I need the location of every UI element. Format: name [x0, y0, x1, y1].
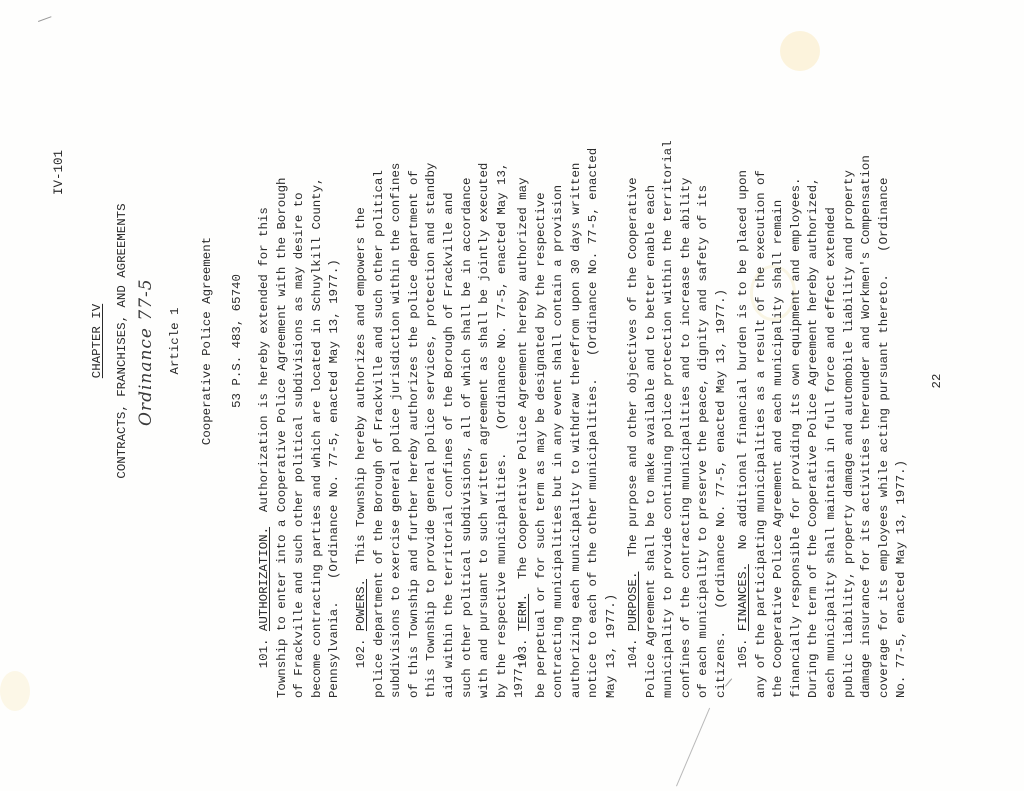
section-line: No additional financial burden is to be …: [736, 170, 750, 549]
scan-mark: [38, 16, 51, 22]
section-first-line: 104. PURPOSE. The purpose and other obje…: [625, 98, 643, 698]
section-line: this Township to provide general police …: [423, 98, 441, 698]
article-heading: Article 1: [168, 81, 182, 601]
section-line: May 13, 1977.): [603, 98, 621, 698]
scanned-document-viewport: IV-101 CHAPTER IV CONTRACTS, FRANCHISES,…: [0, 0, 1024, 791]
section-line: by the respective municipalities. (Ordin…: [494, 98, 512, 698]
section-line: such other political subdivisions, all o…: [459, 98, 477, 698]
chapter-heading: CHAPTER IV: [90, 81, 104, 601]
section-line: The Cooperative Police Agreement hereby …: [516, 177, 530, 579]
page-number: 22: [930, 0, 944, 791]
section-line: subdivisions to exercise general police …: [388, 98, 406, 698]
section-line: of Frackville and such other political s…: [291, 98, 309, 698]
section-line: Police Agreement shall be to make availa…: [643, 98, 661, 698]
section-heading: TERM.: [516, 594, 530, 631]
section-line: become contracting parties and which are…: [309, 98, 327, 698]
section-line: During the term of the Cooperative Polic…: [805, 98, 823, 698]
section-heading: PURPOSE.: [626, 572, 640, 632]
statute-reference: 53 P.S. 483, 65740: [230, 81, 244, 601]
section-line: Township to enter into a Cooperative Pol…: [274, 98, 292, 698]
section-105: 105. FINANCES. No additional financial b…: [735, 98, 911, 698]
section-line: public liability, property damage and au…: [841, 98, 859, 698]
section-line: any of the participating municipalities …: [753, 98, 771, 698]
section-line: the Cooperative Police Agreement and eac…: [770, 98, 788, 698]
section-line: No. 77-5, enacted May 13, 1977.): [893, 98, 911, 698]
section-number: 105.: [736, 639, 750, 669]
section-heading: AUTHORIZATION.: [257, 527, 271, 631]
article-subtitle: Cooperative Police Agreement: [200, 81, 214, 601]
section-line: authorizing each municipality to withdra…: [568, 98, 586, 698]
section-line: financially responsible for providing it…: [788, 98, 806, 698]
section-line: aid within the territorial confines of t…: [441, 98, 459, 698]
section-line: This Township hereby authorizes and empo…: [354, 207, 368, 564]
section-line: contracting municipalities but in any ev…: [550, 98, 568, 698]
section-line: be perpetual or for such term as may be …: [533, 98, 551, 698]
section-number: 104.: [626, 639, 640, 669]
section-line: Authorization is hereby extended for thi…: [257, 207, 271, 512]
handwritten-annotation: Ordinance 77-5: [136, 278, 156, 426]
section-line: of each municipality to preserve the pea…: [695, 98, 713, 698]
section-first-line: 103. TERM. The Cooperative Police Agreem…: [515, 98, 533, 698]
section-first-line: 102. POWERS. This Township hereby author…: [353, 98, 371, 698]
section-101: 101. AUTHORIZATION. Authorization is her…: [256, 98, 344, 698]
paper-stain: [780, 31, 820, 71]
chapter-title: CONTRACTS, FRANCHISES, AND AGREEMENTS: [115, 81, 129, 601]
section-heading: POWERS.: [354, 579, 368, 631]
document-page: IV-101 CHAPTER IV CONTRACTS, FRANCHISES,…: [0, 0, 1024, 791]
page-identifier: IV-101: [52, 150, 66, 195]
section-102: 102. POWERS. This Township hereby author…: [353, 98, 529, 698]
section-line: damage insurance for its activities ther…: [858, 98, 876, 698]
section-line: with and pursuant to such written agreem…: [476, 98, 494, 698]
section-line: of this Township and further hereby auth…: [406, 98, 424, 698]
section-first-line: 101. AUTHORIZATION. Authorization is her…: [256, 98, 274, 698]
section-line: The purpose and other objectives of the …: [626, 177, 640, 556]
section-line: each municipality shall maintain in full…: [823, 98, 841, 698]
section-number: 102.: [354, 639, 368, 669]
section-103: 103. TERM. The Cooperative Police Agreem…: [515, 98, 621, 698]
section-number: 101.: [257, 639, 271, 669]
section-line: coverage for its employees while acting …: [876, 98, 894, 698]
section-line: Pennsylvania. (Ordinance No. 77-5, enact…: [326, 98, 344, 698]
section-line: notice to each of the other municipaliti…: [585, 98, 603, 698]
section-line: confines of the contracting municipaliti…: [678, 98, 696, 698]
scan-mark: [676, 708, 710, 787]
section-line: police department of the Borough of Frac…: [371, 98, 389, 698]
section-heading: FINANCES.: [736, 564, 750, 631]
section-104: 104. PURPOSE. The purpose and other obje…: [625, 98, 731, 698]
section-number: 103.: [516, 639, 530, 669]
section-line: citizens. (Ordinance No. 77-5, enacted M…: [713, 98, 731, 698]
section-first-line: 105. FINANCES. No additional financial b…: [735, 98, 753, 698]
section-line: municipality to provide continuing polic…: [660, 98, 678, 698]
paper-stain: [0, 671, 30, 711]
